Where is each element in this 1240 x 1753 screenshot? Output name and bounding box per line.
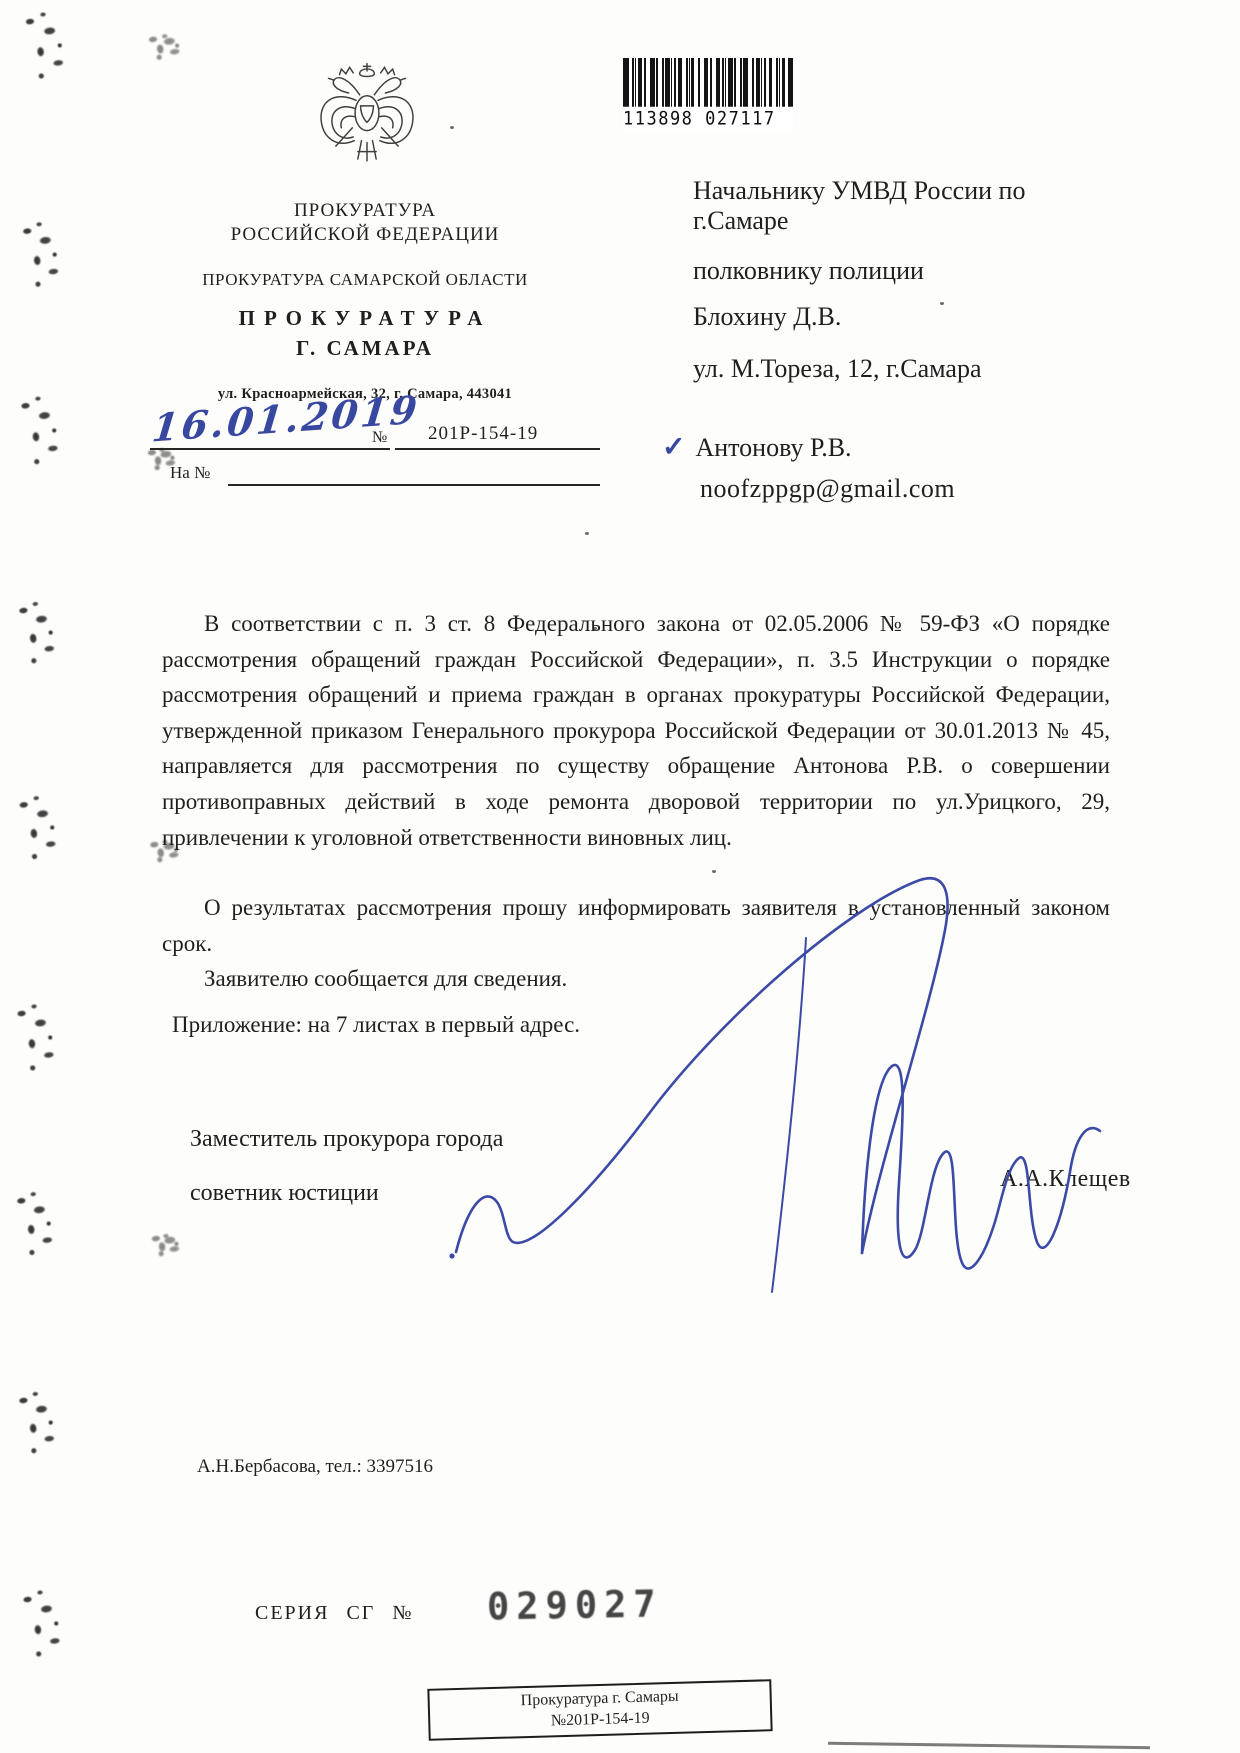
- scan-smudge: [15, 390, 68, 475]
- reply-to-label: На №: [170, 463, 210, 483]
- scan-smudge: [14, 790, 67, 869]
- scan-smudge: [14, 596, 64, 673]
- russia-coat-of-arms-eagle-icon: [312, 56, 422, 174]
- scan-smudge: [19, 5, 74, 88]
- scan-smudge: [149, 1232, 185, 1258]
- signature: [0, 0, 1240, 1753]
- body-paragraph-1: В соответствии с п. 3 ст. 8 Федерального…: [162, 606, 1110, 855]
- barcode-bars: [623, 58, 793, 108]
- letterhead-org-line4: ПРОКУРАТУРА: [150, 306, 580, 331]
- series-number-stamp: 029027: [487, 1582, 663, 1628]
- signer-title-line1: Заместитель прокурора города: [190, 1126, 503, 1153]
- letterhead-org-line3: ПРОКУРАТУРА САМАРСКОЙ ОБЛАСТИ: [150, 270, 580, 290]
- checkmark-icon: ✓: [662, 432, 685, 463]
- scan-smudge: [18, 216, 69, 297]
- scan-speck: [712, 870, 716, 873]
- signer-title-line2: советник юстиции: [190, 1180, 379, 1207]
- scan-smudge: [17, 1584, 70, 1667]
- copy-recipient-name: Антонову Р.В.: [695, 433, 851, 462]
- reply-underline: [228, 484, 600, 486]
- scan-speck: [940, 302, 944, 305]
- letterhead-org-line2: РОССИЙСКОЙ ФЕДЕРАЦИИ: [150, 224, 580, 246]
- date-underline: [150, 448, 390, 450]
- copy-recipient-email: noofzppgp@gmail.com: [700, 474, 955, 504]
- number-sign-label: №: [372, 429, 387, 447]
- scan-edge-line: [828, 1742, 1150, 1749]
- scan-smudge: [14, 1386, 64, 1463]
- signer-name: А.А.Клещев: [1000, 1166, 1131, 1193]
- body-paragraph-2: О результатах рассмотрения прошу информи…: [162, 890, 1110, 961]
- recipient-line: Блохину Д.В.: [693, 302, 841, 332]
- attachment-line: Приложение: на 7 листах в первый адрес.: [172, 1012, 580, 1038]
- footer-registration-stamp: Прокуратура г. Самары №201Р-154-19: [427, 1679, 772, 1741]
- copy-recipient-row: ✓Антонову Р.В.: [662, 430, 852, 464]
- series-label: СЕРИЯ СГ №: [255, 1602, 413, 1625]
- recipient-line: Начальнику УМВД России по г.Самаре: [693, 176, 1083, 236]
- scan-smudge: [11, 998, 64, 1081]
- body-paragraph-3: Заявителю сообщается для сведения.: [162, 961, 1110, 997]
- scan-smudge: [12, 1186, 63, 1265]
- barcode-digits: 113898 027117: [623, 107, 793, 131]
- recipient-line: ул. М.Тореза, 12, г.Самара: [693, 354, 982, 384]
- executor-line: А.Н.Бербасова, тел.: 3397516: [197, 1456, 433, 1478]
- barcode: 113898 027117: [623, 58, 793, 129]
- letterhead-org-line1: ПРОКУРАТУРА: [150, 200, 580, 222]
- scanned-letter-page: 113898 027117 ПРОКУРАТУРА РОССИЙСКОЙ ФЕД…: [0, 0, 1240, 1753]
- scan-smudge: [145, 32, 188, 63]
- document-number: 201Р-154-19: [428, 423, 538, 445]
- letterhead-org-line5: Г. САМАРА: [150, 336, 580, 361]
- recipient-line: полковнику полиции: [693, 256, 924, 286]
- scan-speck: [450, 126, 454, 129]
- number-underline: [395, 448, 600, 450]
- scan-speck: [585, 532, 589, 535]
